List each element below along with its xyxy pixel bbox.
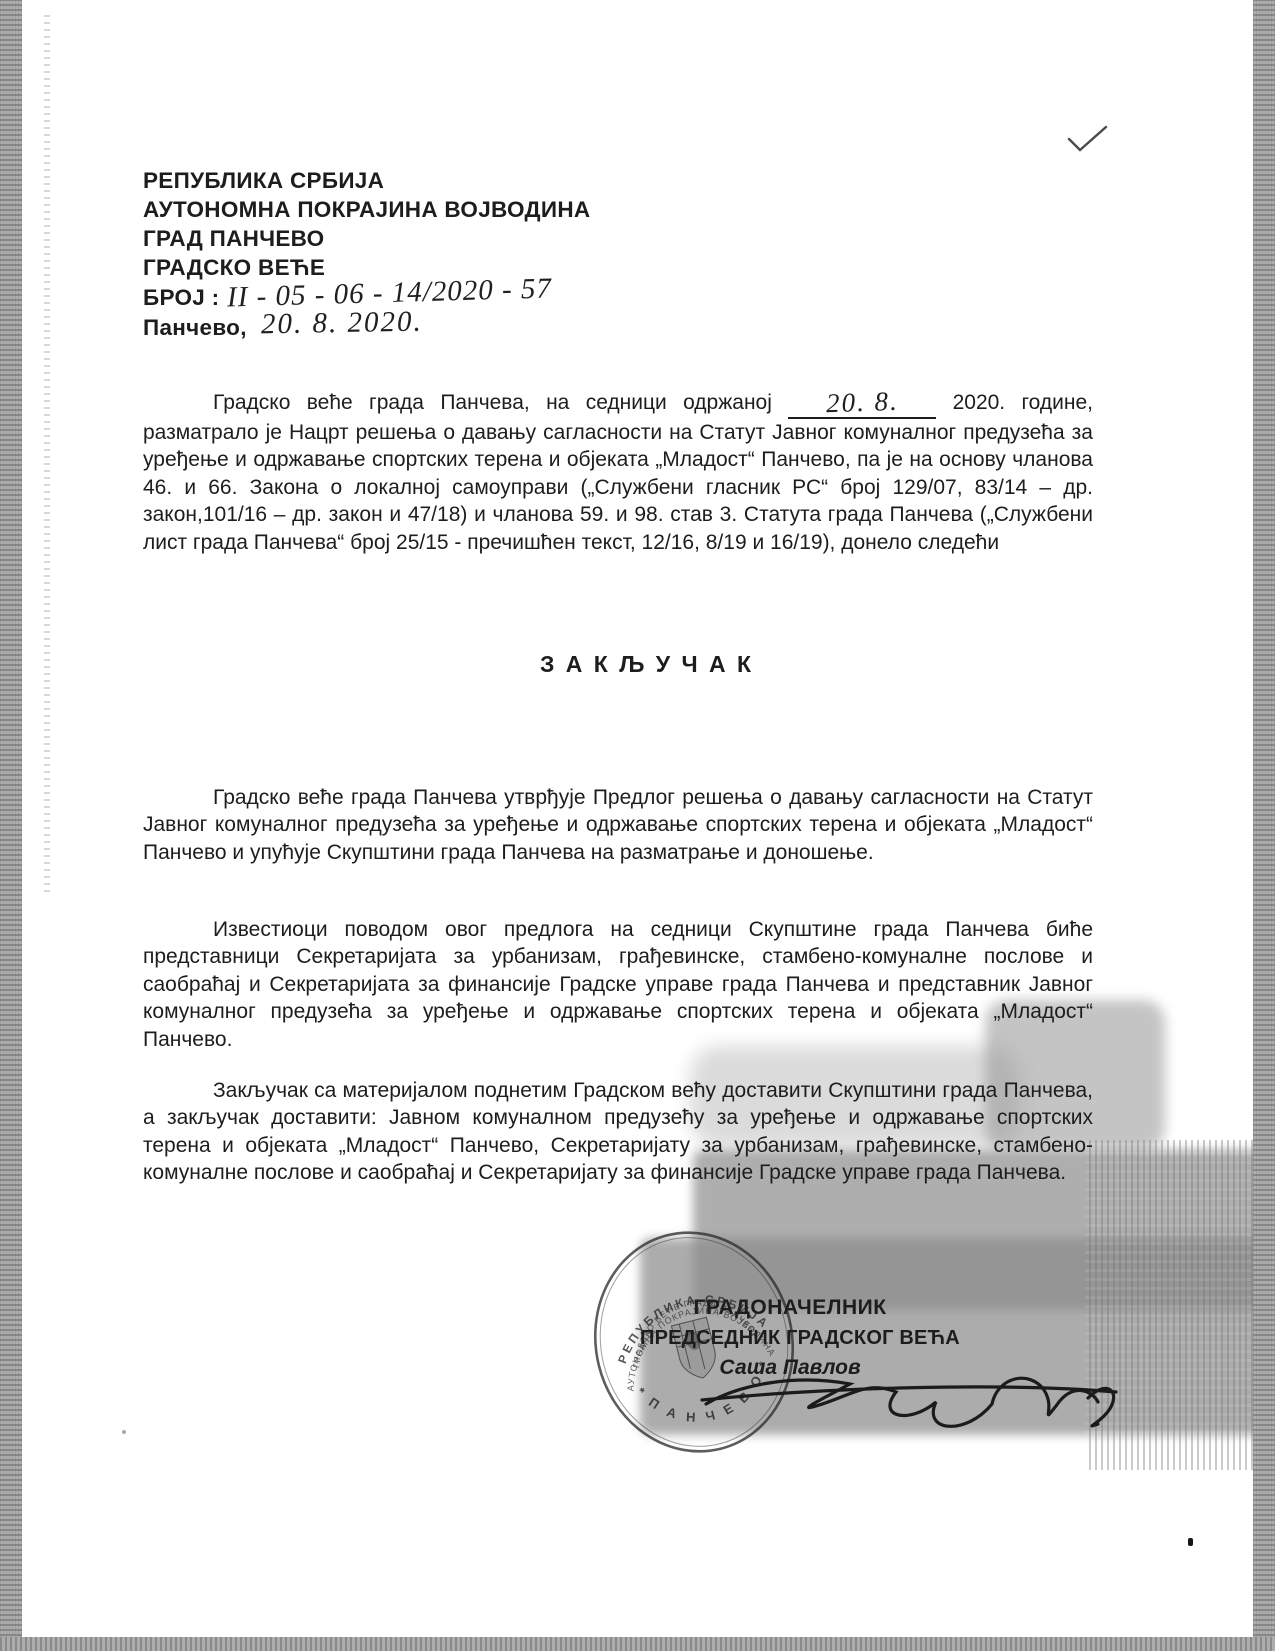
place-label: Панчево,: [143, 313, 247, 342]
checkmark-icon: [1066, 124, 1110, 154]
scanned-document-page: РЕПУБЛИКА СРБИЈА АУТОНОМНА ПОКРАЈИНА ВОЈ…: [0, 0, 1275, 1651]
ink-dot: [1188, 1538, 1193, 1546]
scan-right-edge: [1253, 0, 1275, 1651]
date-blank-underline: 20. 8.: [788, 390, 936, 419]
intro-after-date: 2020. године, разматрало је Нацрт решења…: [143, 391, 1093, 554]
signature-title-mayor: ГРАДОНАЧЕЛНИК: [640, 1293, 940, 1323]
signature-scrawl: [700, 1340, 1120, 1450]
paragraph-rapporteurs: Известиоци поводом овог предлога на седн…: [143, 916, 1093, 1053]
handwritten-date-fill: 20. 8.: [825, 389, 899, 416]
date-handwritten: 20. 8. 2020.: [261, 308, 423, 340]
letterhead: РЕПУБЛИКА СРБИЈА АУТОНОМНА ПОКРАЈИНА ВОЈ…: [143, 166, 590, 342]
paragraph-distribution: Закључак са материјалом поднетим Градско…: [143, 1077, 1093, 1187]
document-title: З А К Љ У Ч А К: [540, 651, 754, 678]
scan-bottom-edge: [0, 1637, 1275, 1651]
ink-dot: [122, 1430, 126, 1434]
scan-left-edge: [0, 0, 22, 1651]
scan-noise-column: [44, 12, 50, 892]
letterhead-line-republic: РЕПУБЛИКА СРБИЈА: [143, 166, 590, 195]
case-number-label: БРОЈ :: [143, 283, 219, 312]
paragraph-decision: Градско веће града Панчева утврђује Пред…: [143, 784, 1093, 866]
paragraph-intro: Градско веће града Панчева, на седници о…: [143, 389, 1093, 556]
place-date-row: Панчево, 20. 8. 2020.: [143, 312, 590, 342]
letterhead-line-province: АУТОНОМНА ПОКРАЈИНА ВОЈВОДИНА: [143, 195, 590, 224]
intro-before-date: Градско веће града Панчева, на седници о…: [213, 391, 772, 414]
letterhead-line-city: ГРАД ПАНЧЕВО: [143, 224, 590, 253]
